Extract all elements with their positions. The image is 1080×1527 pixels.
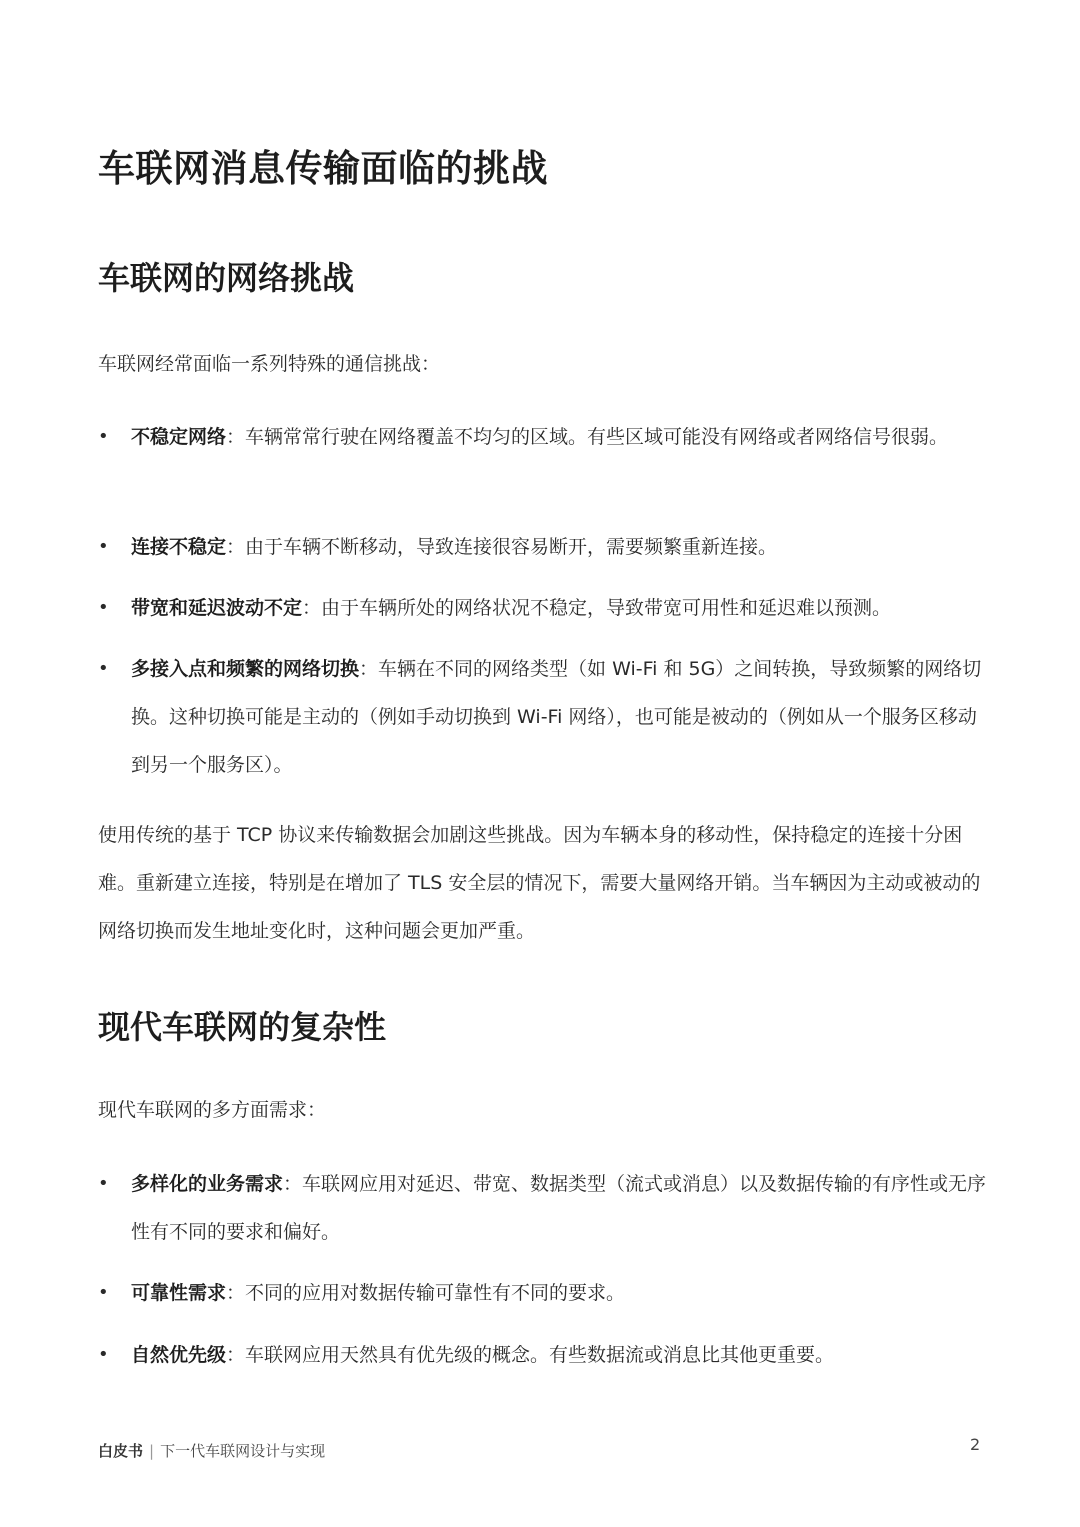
bullet-icon: • (98, 645, 118, 693)
page-number: 2 (970, 1435, 980, 1454)
list-item-separator: ： (359, 658, 378, 680)
list-item-term: 多接入点和频繁的网络切换 (131, 658, 359, 680)
list-item: • 多接入点和频繁的网络切换：车辆在不同的网络类型（如 Wi-Fi 和 5G）之… (98, 645, 988, 789)
list-item-separator: ： (226, 1344, 245, 1366)
list-item-term: 连接不稳定 (131, 536, 226, 558)
list-item: • 多样化的业务需求：车联网应用对延迟、带宽、数据类型（流式或消息）以及数据传输… (98, 1160, 988, 1256)
section-intro: 现代车联网的多方面需求： (98, 1086, 988, 1134)
bullet-icon: • (98, 1331, 118, 1379)
list-item-term: 多样化的业务需求 (131, 1173, 283, 1195)
list-item-text: 不同的应用对数据传输可靠性有不同的要求。 (245, 1282, 625, 1304)
list-item: • 不稳定网络：车辆常常行驶在网络覆盖不均匀的区域。有些区域可能没有网络或者网络… (98, 413, 988, 461)
footer-brand: 白皮书 (98, 1442, 143, 1460)
list-item-separator: ： (226, 536, 245, 558)
list-item-term: 可靠性需求 (131, 1282, 226, 1304)
footer-subtitle: 下一代车联网设计与实现 (160, 1442, 325, 1460)
footer-separator: | (149, 1442, 154, 1460)
section-paragraph: 使用传统的基于 TCP 协议来传输数据会加剧这些挑战。因为车辆本身的移动性，保持… (98, 811, 988, 955)
list-item: • 连接不稳定：由于车辆不断移动，导致连接很容易断开，需要频繁重新连接。 (98, 523, 988, 571)
page-title: 车联网消息传输面临的挑战 (98, 138, 548, 192)
list-item-separator: ： (226, 426, 245, 448)
bullet-icon: • (98, 1160, 118, 1208)
section-heading-network-challenges: 车联网的网络挑战 (98, 253, 354, 299)
list-item-term: 不稳定网络 (131, 426, 226, 448)
section-intro: 车联网经常面临一系列特殊的通信挑战： (98, 340, 988, 388)
list-item-separator: ： (283, 1173, 302, 1195)
list-item: • 自然优先级：车联网应用天然具有优先级的概念。有些数据流或消息比其他更重要。 (98, 1331, 988, 1379)
list-item-term: 带宽和延迟波动不定 (131, 597, 302, 619)
document-page: 车联网消息传输面临的挑战 车联网的网络挑战 车联网经常面临一系列特殊的通信挑战：… (0, 0, 1080, 1527)
list-item-text: 车联网应用天然具有优先级的概念。有些数据流或消息比其他更重要。 (245, 1344, 834, 1366)
list-item-text: 由于车辆所处的网络状况不稳定，导致带宽可用性和延迟难以预测。 (321, 597, 891, 619)
list-item: • 可靠性需求：不同的应用对数据传输可靠性有不同的要求。 (98, 1269, 988, 1317)
list-item-separator: ： (302, 597, 321, 619)
page-footer: 白皮书|下一代车联网设计与实现 (98, 1440, 325, 1461)
list-item-text: 由于车辆不断移动，导致连接很容易断开，需要频繁重新连接。 (245, 536, 777, 558)
bullet-icon: • (98, 413, 118, 461)
bullet-icon: • (98, 584, 118, 632)
section-heading-complexity: 现代车联网的复杂性 (98, 1002, 386, 1048)
list-item-separator: ： (226, 1282, 245, 1304)
bullet-icon: • (98, 523, 118, 571)
list-item-term: 自然优先级 (131, 1344, 226, 1366)
bullet-icon: • (98, 1269, 118, 1317)
list-item-text: 车辆常常行驶在网络覆盖不均匀的区域。有些区域可能没有网络或者网络信号很弱。 (245, 426, 948, 448)
list-item: • 带宽和延迟波动不定：由于车辆所处的网络状况不稳定，导致带宽可用性和延迟难以预… (98, 584, 988, 632)
